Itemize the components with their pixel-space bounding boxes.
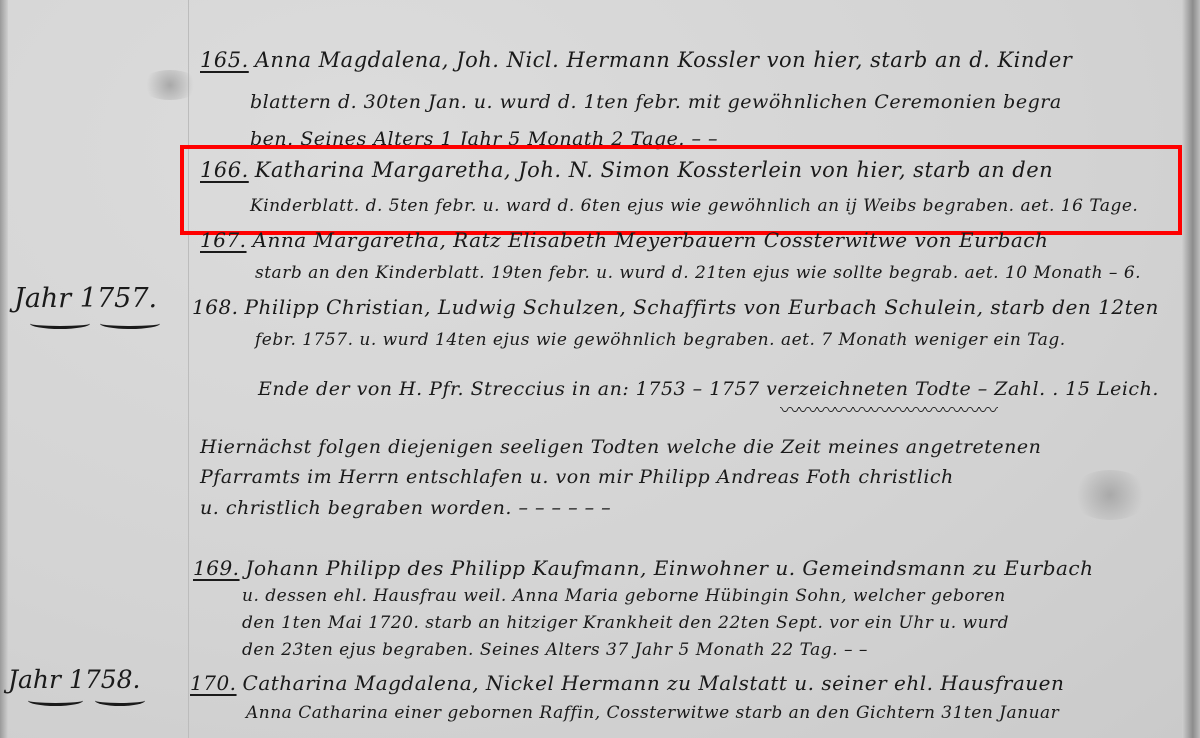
entry-165-line-2: blattern d. 30ten Jan. u. wurd d. 1ten f… [250,91,1062,113]
entry-text: Johann Philipp des Philipp Kaufmann, Ein… [246,556,1094,580]
entry-text: Philipp Christian, Ludwig Schulzen, Scha… [245,295,1159,319]
entry-number: 167. [200,228,247,252]
intro-line-2: Pfarramts im Herrn entschlafen u. von mi… [200,466,954,488]
ink-smudge [140,70,200,100]
entry-168-line-1: 168.Philipp Christian, Ludwig Schulzen, … [192,295,1159,319]
entry-165-line-1: 165.Anna Magdalena, Joh. Nicl. Hermann K… [200,48,1072,72]
register-page: 165.Anna Magdalena, Joh. Nicl. Hermann K… [0,0,1200,738]
entry-text: Catharina Magdalena, Nickel Hermann zu M… [243,671,1065,695]
closing-note: Ende der von H. Pfr. Streccius in an: 17… [258,378,1159,400]
flourish-icon [100,318,160,329]
wavy-underline-icon: 〰〰〰〰〰〰〰〰〰〰〰〰 [780,394,996,423]
entry-169-line-3: den 1ten Mai 1720. starb an hitziger Kra… [242,613,1009,633]
entry-number: 170. [190,671,237,695]
margin-year-1757: Jahr 1757. [14,283,157,314]
entry-number: 169. [193,556,240,580]
entry-number: 168. [192,295,239,319]
intro-line-3: u. christlich begraben worden. – – – – –… [200,497,611,519]
entry-167-line-2: starb an den Kinderblatt. 19ten febr. u.… [255,263,1141,283]
entry-168-line-2: febr. 1757. u. wurd 14ten ejus wie gewöh… [255,330,1066,350]
entry-text: Anna Margaretha, Ratz Elisabeth Meyerbau… [253,228,1049,252]
intro-line-1: Hiernächst folgen diejenigen seeligen To… [200,436,1041,458]
ink-smudge [1070,470,1150,520]
flourish-icon [28,695,83,706]
entry-text: Anna Magdalena, Joh. Nicl. Hermann Kossl… [255,48,1073,72]
entry-169-line-2: u. dessen ehl. Hausfrau weil. Anna Maria… [242,586,1006,606]
margin-year-1758: Jahr 1758. [8,665,141,694]
highlight-box-entry-166 [180,145,1182,235]
flourish-icon [30,318,90,329]
entry-169-line-1: 169.Johann Philipp des Philipp Kaufmann,… [193,556,1094,580]
entry-169-line-4: den 23ten ejus begraben. Seines Alters 3… [242,640,868,660]
entry-170-line-2: Anna Catharina einer gebornen Raffin, Co… [246,703,1059,723]
entry-number: 165. [200,48,249,72]
entry-170-line-1: 170.Catharina Magdalena, Nickel Hermann … [190,671,1064,695]
flourish-icon [95,695,145,706]
entry-167-line-1: 167.Anna Margaretha, Ratz Elisabeth Meye… [200,228,1048,252]
margin-rule [188,0,189,738]
page-left-edge [0,0,8,738]
page-right-edge [1182,0,1200,738]
